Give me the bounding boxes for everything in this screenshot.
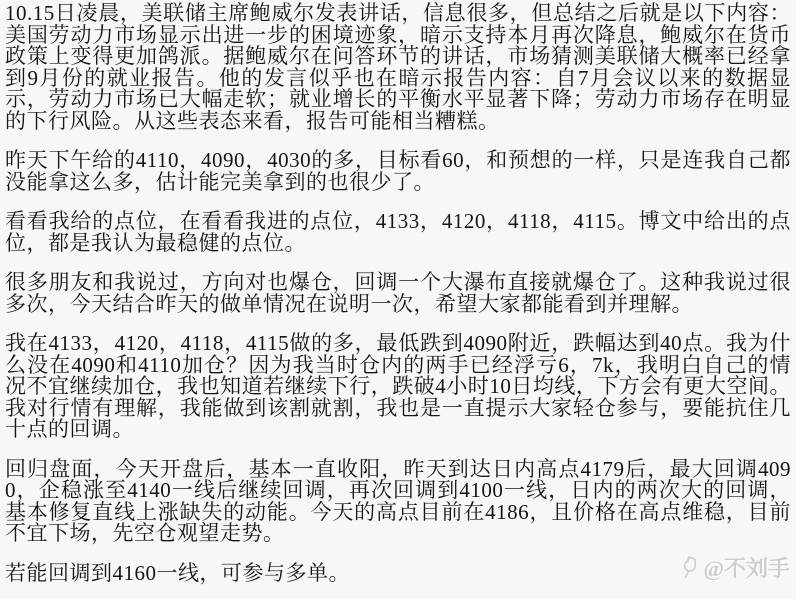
paragraph-entry-points: 看看我给的点位，在看看我进的点位，4133，4120，4118，4115。博文中… <box>5 211 791 254</box>
paragraph-position-explanation: 我在4133，4120，4118，4115做的多，最低跌到4090附近，跌幅达到… <box>5 333 791 441</box>
quill-logo-icon <box>681 555 701 581</box>
paragraph-liquidation-warning: 很多朋友和我说过，方向对也爆仓，回调一个大瀑布直接就爆仓了。这种我说过很多次，今… <box>5 272 791 315</box>
paragraph-market-recap: 回归盘面，今天开盘后，基本一直收阳，昨天到达日内高点4179后，最大回调4090… <box>5 459 791 545</box>
watermark-handle: @不刘手 <box>704 552 790 583</box>
paragraph-trade-advice: 若能回调到4160一线，可参与多单。 <box>5 563 791 585</box>
paragraph-yesterday-longs: 昨天下午给的4110，4090，4030的多，目标看60，和预想的一样，只是连我… <box>5 150 791 193</box>
paragraph-fed-speech: 10.15日凌晨，美联储主席鲍威尔发表讲话，信息很多，但总结之后就是以下内容：美… <box>5 3 791 132</box>
article-body: 10.15日凌晨，美联储主席鲍威尔发表讲话，信息很多，但总结之后就是以下内容：美… <box>0 0 796 584</box>
watermark: @不刘手 <box>681 552 790 583</box>
page: { "page": { "background_color": "#f7f7f4… <box>0 0 796 599</box>
